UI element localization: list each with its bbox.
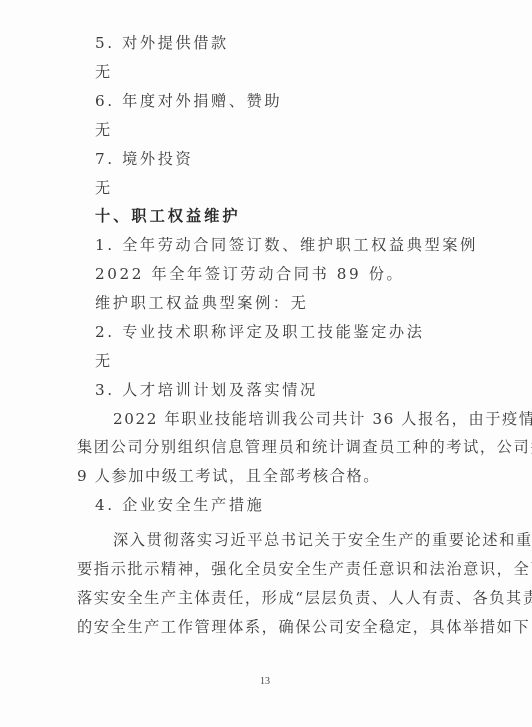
sub3-title: 3. 人才培训计划及落实情况: [95, 380, 318, 400]
sub3-paragraph-line: 9 人参加中级工考试，且全部考核合格。: [77, 466, 380, 486]
sub1-contracts: 2022 年全年签订劳动合同书 89 份。: [95, 264, 404, 284]
section10-heading: 十、职工权益维护: [95, 206, 241, 226]
item6-title: 6. 年度对外捐赠、赞助: [95, 91, 282, 111]
sub2-title: 2. 专业技术职称评定及职工技能鉴定办法: [95, 322, 425, 342]
item7-title: 7. 境外投资: [95, 149, 193, 169]
sub4-paragraph-line: 深入贯彻落实习近平总书记关于安全生产的重要论述和重: [113, 530, 532, 550]
sub4-paragraph-line: 的安全生产工作管理体系，确保公司安全稳定，具体举措如下：: [77, 617, 532, 637]
sub3-paragraph-line: 2022 年职业技能培训我公司共计 36 人报名，由于疫情原因: [113, 409, 532, 429]
sub3-paragraph-line: 集团公司分别组织信息管理员和统计调查员工种的考试，公司共: [77, 437, 532, 457]
sub4-title: 4. 企业安全生产措施: [95, 495, 264, 515]
sub4-paragraph-line: 落实安全生产主体责任，形成“层层负责、人人有责、各负其责”: [77, 588, 532, 608]
sub1-cases: 维护职工权益典型案例：无: [95, 293, 308, 313]
sub1-title: 1. 全年劳动合同签订数、维护职工权益典型案例: [95, 235, 478, 255]
page-number: 13: [260, 676, 270, 687]
sub2-value: 无: [95, 351, 113, 371]
item5-title: 5. 对外提供借款: [95, 33, 229, 53]
item6-value: 无: [95, 120, 113, 140]
item5-value: 无: [95, 62, 113, 82]
sub4-paragraph-line: 要指示批示精神，强化全员安全生产责任意识和法治意识，全面: [77, 559, 532, 579]
document-page: 5. 对外提供借款 无 6. 年度对外捐赠、赞助 无 7. 境外投资 无 十、职…: [0, 0, 532, 727]
item7-value: 无: [95, 178, 113, 198]
